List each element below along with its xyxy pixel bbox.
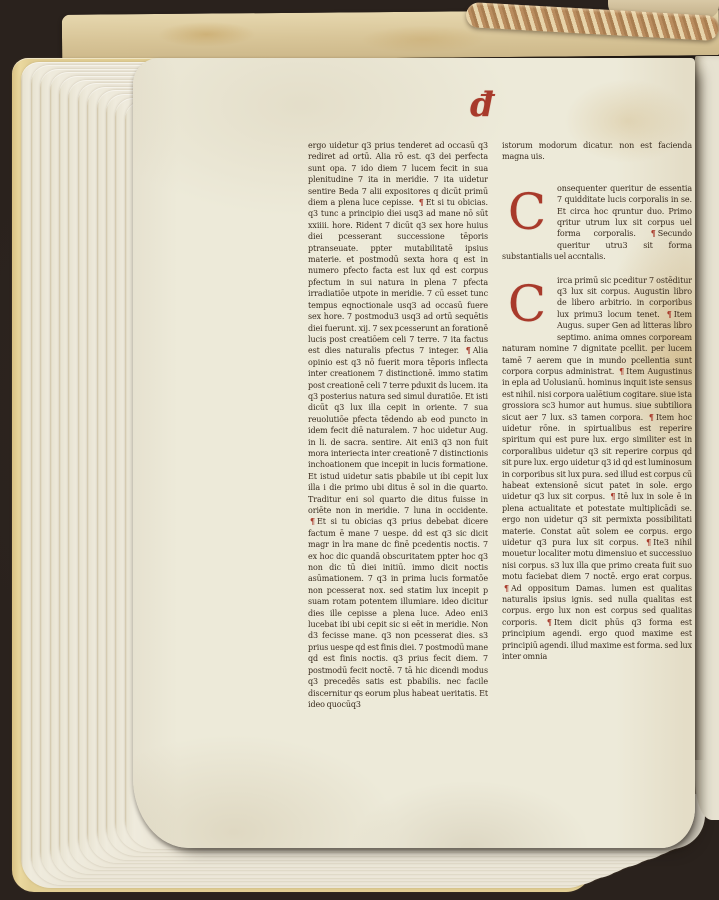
drop-cap-initial: C (502, 277, 552, 333)
book-page: đ ergo uidetur q3 prius tenderet ad occa… (133, 58, 695, 848)
paragraph-gap (502, 263, 692, 275)
paragraph-mark: ¶ (545, 617, 554, 627)
next-page-edge (695, 56, 719, 794)
latin-text-run: istorum modorum dicatur. non est faciend… (502, 141, 692, 161)
paragraph-gap (502, 163, 692, 183)
latin-text-run: Et si tu obicias. q3 tunc a principio di… (308, 198, 488, 355)
paragraph-mark: ¶ (502, 583, 511, 593)
latin-text-run: Et si tu obicias q3 prius debebat dicere… (308, 517, 488, 709)
latin-text-run: Alia opinio est q3 nō fuerit mora tēpori… (308, 346, 488, 515)
text-column-left: ergo uidetur q3 prius tenderet ad occasū… (308, 140, 488, 736)
paragraph-mark: ¶ (608, 491, 617, 501)
drop-cap-initial: C (502, 185, 552, 241)
text-column-right: istorum modorum dicatur. non est faciend… (502, 140, 692, 750)
paragraph-mark: ¶ (647, 412, 656, 422)
paragraph-mark: ¶ (464, 345, 473, 355)
paragraph-mark: ¶ (617, 366, 626, 376)
paragraph-mark: ¶ (649, 228, 658, 238)
paragraph-mark: ¶ (308, 516, 317, 526)
paragraph-mark: ¶ (417, 197, 426, 207)
book-photo-scene: đ ergo uidetur q3 prius tenderet ad occa… (0, 0, 719, 900)
quire-signature: đ (470, 88, 494, 122)
latin-text-run: Item hoc uidetur rōne. in spirtualibus e… (502, 413, 692, 502)
paragraph-mark: ¶ (644, 537, 653, 547)
paragraph-mark: ¶ (665, 309, 674, 319)
